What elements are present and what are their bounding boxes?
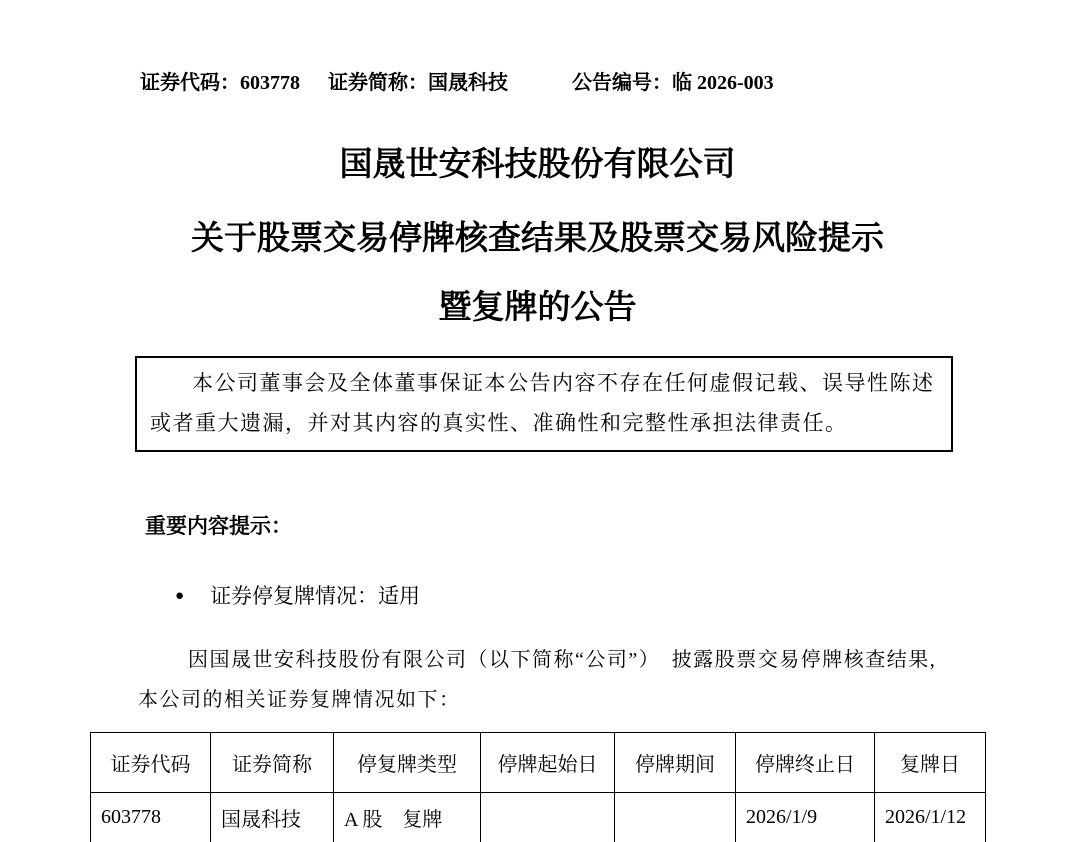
announcement-document: 证券代码： 603778 证券简称： 国晟科技 公告编号： 临 2026-003… <box>0 0 1080 842</box>
col-header-stock-code: 证券代码 <box>91 733 211 793</box>
resume-intro-paragraph: 因国晟世安科技股份有限公司（以下简称“公司”） 披露股票交易停牌核查结果,本公司… <box>138 640 940 720</box>
resume-schedule-table: 证券代码 证券简称 停复牌类型 停牌起始日 停牌期间 停牌终止日 复牌日 603… <box>90 732 986 842</box>
stock-name: 证券简称： 国晟科技 <box>328 70 508 96</box>
suspension-status-item: ● 证券停复牌情况：适用 <box>175 582 985 610</box>
announcement-number: 公告编号： 临 2026-003 <box>572 70 774 96</box>
cell-stock-name: 国晟科技 <box>211 793 334 842</box>
board-disclaimer-box: 本公司董事会及全体董事保证本公告内容不存在任何虚假记载、误导性陈述或者重大遗漏，… <box>135 356 953 452</box>
cell-suspension-end: 2026/1/9 <box>736 793 875 842</box>
header-info-row: 证券代码： 603778 证券简称： 国晟科技 公告编号： 临 2026-003 <box>140 70 985 96</box>
table-header-row: 证券代码 证券简称 停复牌类型 停牌起始日 停牌期间 停牌终止日 复牌日 <box>91 733 986 793</box>
col-header-stock-name: 证券简称 <box>211 733 334 793</box>
col-header-suspension-start: 停牌起始日 <box>481 733 615 793</box>
stock-name-label: 证券简称： <box>328 70 428 96</box>
cell-suspension-period <box>615 793 736 842</box>
board-disclaimer-text: 本公司董事会及全体董事保证本公告内容不存在任何虚假记载、误导性陈述或者重大遗漏，… <box>150 371 935 435</box>
stock-code-label: 证券代码： <box>140 70 240 96</box>
suspension-status-text: 证券停复牌情况：适用 <box>210 582 420 610</box>
announcement-number-label: 公告编号： <box>572 70 672 96</box>
document-title-subject: 关于股票交易停牌核查结果及股票交易风险提示 <box>90 218 985 260</box>
col-header-suspension-type: 停复牌类型 <box>334 733 481 793</box>
cell-suspension-type: A 股 复牌 <box>334 793 481 842</box>
col-header-suspension-period: 停牌期间 <box>615 733 736 793</box>
announcement-number-value: 临 2026-003 <box>672 70 774 96</box>
document-title-suffix: 暨复牌的公告 <box>90 287 985 329</box>
bullet-icon: ● <box>175 582 184 610</box>
cell-suspension-start <box>481 793 615 842</box>
col-header-suspension-end: 停牌终止日 <box>736 733 875 793</box>
stock-name-value: 国晟科技 <box>428 70 508 96</box>
table-row: 603778 国晟科技 A 股 复牌 2026/1/9 2026/1/12 <box>91 793 986 842</box>
stock-code: 证券代码： 603778 <box>140 70 300 96</box>
stock-code-value: 603778 <box>240 70 300 96</box>
document-title-company: 国晟世安科技股份有限公司 <box>90 144 985 186</box>
col-header-resume-date: 复牌日 <box>875 733 986 793</box>
cell-resume-date: 2026/1/12 <box>875 793 986 842</box>
cell-stock-code: 603778 <box>91 793 211 842</box>
important-notice-heading: 重要内容提示： <box>145 512 985 540</box>
